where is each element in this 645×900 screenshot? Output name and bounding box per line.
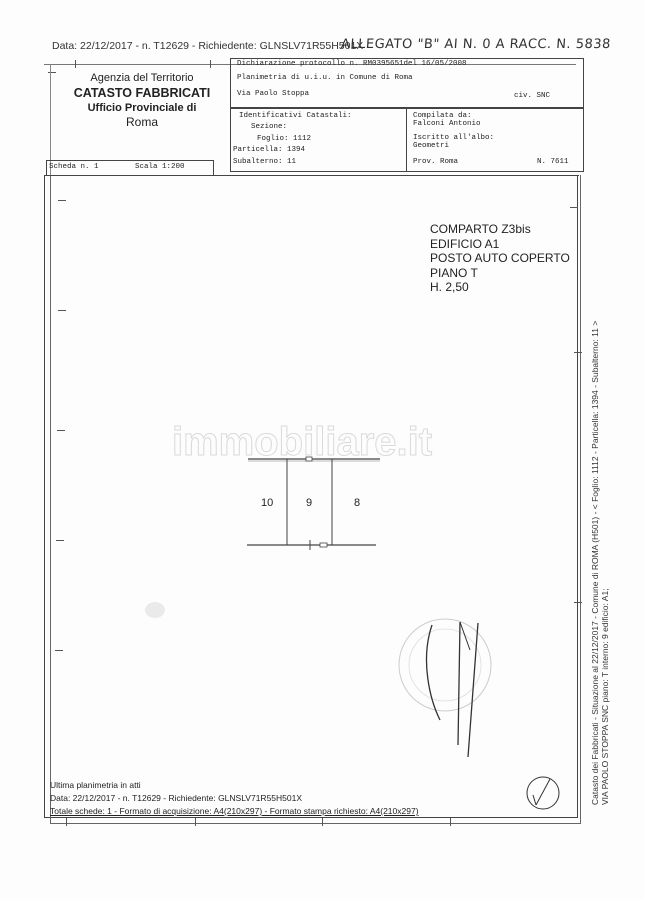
- side-info-line1: Catasto dei Fabbricati - Situazione al 2…: [590, 321, 600, 805]
- last-plan-note: Ultima planimetria in atti: [50, 779, 419, 792]
- side-cadastral-info: Catasto dei Fabbricati - Situazione al 2…: [590, 321, 610, 805]
- format-info: Totale schede: 1 - Formato di acquisizio…: [50, 805, 419, 818]
- floor-plan: [0, 0, 645, 900]
- parking-space-9: 9: [306, 497, 312, 509]
- parking-space-10: 10: [261, 497, 273, 509]
- footer-request-line: Data: 22/12/2017 - n. T12629 - Richieden…: [50, 792, 419, 805]
- side-info-line2: VIA PAOLO STOPPA SNC piano: T interno: 9…: [600, 321, 610, 805]
- parking-space-8: 8: [354, 497, 360, 509]
- footer: Ultima planimetria in atti Data: 22/12/2…: [50, 779, 419, 818]
